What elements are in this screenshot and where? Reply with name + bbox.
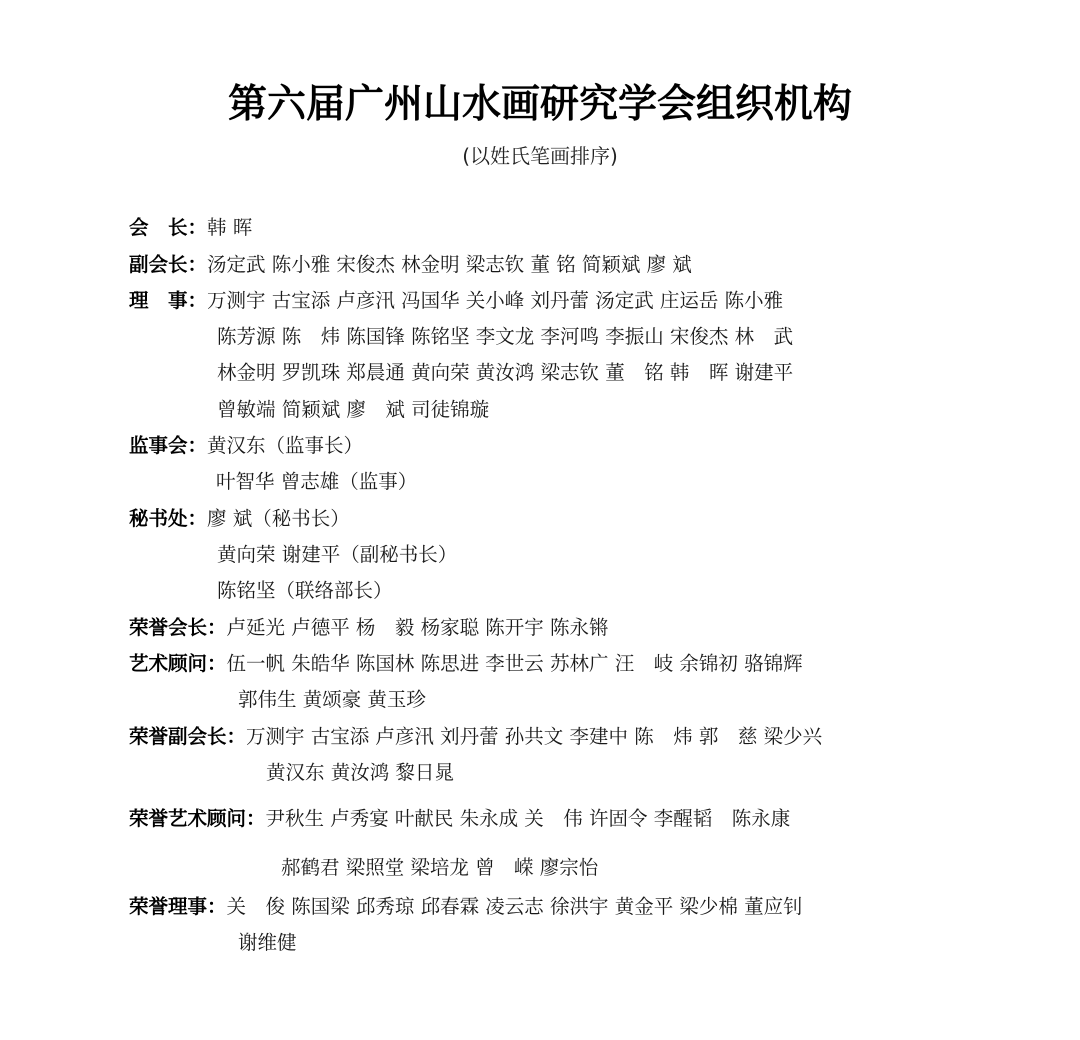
names-line: 林金明 罗凯珠 郑晨通 黄向荣 黄汝鸿 梁志钦 董 铭 韩 晖 谢建平 bbox=[217, 360, 793, 386]
section-art-advisors: 艺术顾问：伍一帆 朱皓华 陈国林 陈思进 李世云 苏林广 汪 岐 余锦初 骆锦辉 bbox=[129, 651, 803, 677]
names-line: 郭伟生 黄颂豪 黄玉珍 bbox=[238, 687, 426, 713]
section-label: 荣誉副会长： bbox=[129, 724, 246, 750]
names-line: 陈铭坚（联络部长） bbox=[217, 578, 393, 604]
names-line: 关 俊 陈国梁 邱秀琼 邱春霖 凌云志 徐洪宇 黄金平 梁少棉 董应钊 bbox=[227, 894, 803, 920]
page-title: 第六届广州山水画研究学会组织机构 bbox=[0, 80, 1080, 130]
page-subtitle: (以姓氏笔画排序) bbox=[0, 142, 1080, 170]
section-label: 荣誉理事： bbox=[129, 894, 227, 920]
names-line: 尹秋生 卢秀宴 叶献民 朱永成 关 伟 许固令 李醒韬 陈永康 bbox=[266, 806, 791, 832]
names-line: 韩 晖 bbox=[207, 215, 252, 241]
names-line: 伍一帆 朱皓华 陈国林 陈思进 李世云 苏林广 汪 岐 余锦初 骆锦辉 bbox=[227, 651, 803, 677]
names-line: 廖 斌（秘书长） bbox=[207, 506, 350, 532]
section-council-members: 理 事：万测宇 古宝添 卢彦汛 冯国华 关小峰 刘丹蕾 汤定武 庄运岳 陈小雅 bbox=[129, 288, 783, 314]
section-label: 荣誉艺术顾问： bbox=[129, 806, 266, 832]
section-honorary-president: 荣誉会长：卢延光 卢德平 杨 毅 杨家聪 陈开宇 陈永锵 bbox=[129, 615, 609, 641]
names-line: 陈芳源 陈 炜 陈国锋 陈铭坚 李文龙 李河鸣 李振山 宋俊杰 林 武 bbox=[217, 324, 793, 350]
section-label: 秘书处： bbox=[129, 506, 207, 532]
section-label: 荣誉会长： bbox=[129, 615, 227, 641]
names-line: 卢延光 卢德平 杨 毅 杨家聪 陈开宇 陈永锵 bbox=[227, 615, 609, 641]
names-line: 郝鹤君 梁照堂 梁培龙 曾 嵘 廖宗怡 bbox=[281, 855, 598, 881]
section-honorary-council-members: 荣誉理事：关 俊 陈国梁 邱秀琼 邱春霖 凌云志 徐洪宇 黄金平 梁少棉 董应钊 bbox=[129, 894, 803, 920]
section-label: 监事会： bbox=[129, 433, 207, 459]
section-honorary-art-advisors: 荣誉艺术顾问：尹秋生 卢秀宴 叶献民 朱永成 关 伟 许固令 李醒韬 陈永康 bbox=[129, 806, 790, 832]
names-line: 黄向荣 谢建平（副秘书长） bbox=[217, 542, 457, 568]
section-president: 会 长：韩 晖 bbox=[129, 215, 252, 241]
section-label: 会 长： bbox=[129, 215, 207, 241]
names-line: 汤定武 陈小雅 宋俊杰 林金明 梁志钦 董 铭 简颖斌 廖 斌 bbox=[207, 252, 692, 278]
names-line: 谢维健 bbox=[238, 930, 297, 956]
section-label: 副会长： bbox=[129, 252, 207, 278]
section-secretariat: 秘书处：廖 斌（秘书长） bbox=[129, 506, 350, 532]
section-label: 艺术顾问： bbox=[129, 651, 227, 677]
names-line: 黄汉东（监事长） bbox=[207, 433, 363, 459]
section-supervisory-board: 监事会：黄汉东（监事长） bbox=[129, 433, 363, 459]
section-honorary-vice-president: 荣誉副会长：万测宇 古宝添 卢彦汛 刘丹蕾 孙共文 李建中 陈 炜 郭 慈 梁少… bbox=[129, 724, 822, 750]
names-line: 曾敏端 简颖斌 廖 斌 司徒锦璇 bbox=[217, 397, 489, 423]
names-line: 万测宇 古宝添 卢彦汛 冯国华 关小峰 刘丹蕾 汤定武 庄运岳 陈小雅 bbox=[207, 288, 783, 314]
section-vice-president: 副会长：汤定武 陈小雅 宋俊杰 林金明 梁志钦 董 铭 简颖斌 廖 斌 bbox=[129, 252, 692, 278]
section-label: 理 事： bbox=[129, 288, 207, 314]
names-line: 叶智华 曾志雄（监事） bbox=[216, 469, 417, 495]
names-line: 万测宇 古宝添 卢彦汛 刘丹蕾 孙共文 李建中 陈 炜 郭 慈 梁少兴 bbox=[246, 724, 822, 750]
names-line: 黄汉东 黄汝鸿 黎日晁 bbox=[266, 760, 454, 786]
